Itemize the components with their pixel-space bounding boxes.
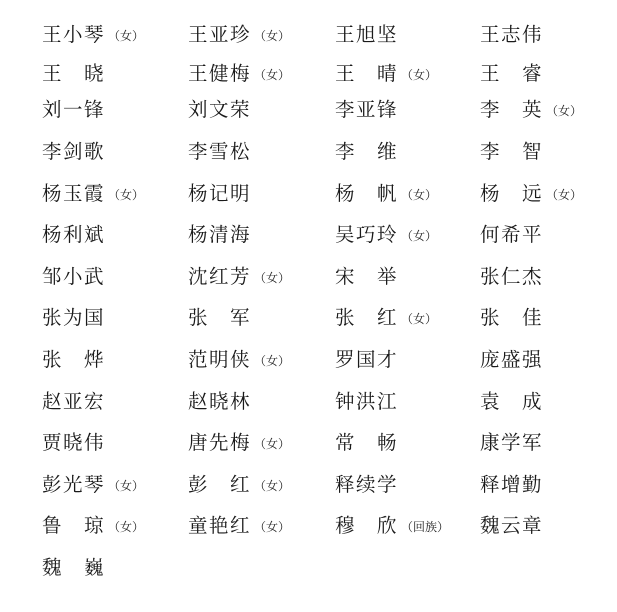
person-name: 常 畅 xyxy=(335,431,398,454)
person-name: 何希平 xyxy=(480,223,543,246)
name-entry: 范明侠（女） xyxy=(188,346,290,374)
person-name: 张 佳 xyxy=(480,306,543,329)
name-row: 王 晓王健梅（女）王 晴（女）王 睿 xyxy=(0,60,617,88)
name-entry: 魏 巍 xyxy=(42,554,105,582)
name-entry: 李亚锋 xyxy=(335,96,398,124)
person-note: （女） xyxy=(108,188,144,202)
name-entry: 魏云章 xyxy=(480,512,543,540)
name-entry: 吴巧玲（女） xyxy=(335,221,437,249)
person-name: 王小琴 xyxy=(42,23,105,46)
person-name: 杨记明 xyxy=(188,182,251,205)
name-entry: 穆 欣（回族） xyxy=(335,512,449,540)
person-note: （女） xyxy=(254,68,290,82)
person-name: 吴巧玲 xyxy=(335,223,398,246)
name-row: 贾晓伟唐先梅（女）常 畅康学军 xyxy=(0,429,617,457)
name-entry: 王亚珍（女） xyxy=(188,21,290,49)
person-name: 李 英 xyxy=(480,98,543,121)
person-name: 穆 欣 xyxy=(335,514,398,537)
person-name: 彭光琴 xyxy=(42,473,105,496)
person-name: 刘一锋 xyxy=(42,98,105,121)
name-entry: 释增勤 xyxy=(480,471,543,499)
person-name: 杨 远 xyxy=(480,182,543,205)
person-name: 王志伟 xyxy=(480,23,543,46)
person-name: 张 军 xyxy=(188,306,251,329)
person-note: （女） xyxy=(254,29,290,43)
person-name: 邹小武 xyxy=(42,265,105,288)
person-note: （女） xyxy=(401,68,437,82)
name-entry: 张仁杰 xyxy=(480,263,543,291)
person-note: （女） xyxy=(546,104,582,118)
name-entry: 王小琴（女） xyxy=(42,21,144,49)
person-name: 赵晓林 xyxy=(188,390,251,413)
person-name: 李雪松 xyxy=(188,140,251,163)
person-name: 李亚锋 xyxy=(335,98,398,121)
person-name: 杨玉霞 xyxy=(42,182,105,205)
person-name: 释增勤 xyxy=(480,473,543,496)
name-entry: 赵晓林 xyxy=(188,388,251,416)
name-entry: 常 畅 xyxy=(335,429,398,457)
name-entry: 杨清海 xyxy=(188,221,251,249)
name-entry: 邹小武 xyxy=(42,263,105,291)
person-note: （女） xyxy=(401,188,437,202)
name-row: 王小琴（女）王亚珍（女）王旭坚王志伟 xyxy=(0,21,617,49)
name-entry: 李剑歌 xyxy=(42,138,105,166)
name-entry: 罗国才 xyxy=(335,346,398,374)
person-name: 罗国才 xyxy=(335,348,398,371)
person-name: 王 晓 xyxy=(42,62,105,85)
person-name: 贾晓伟 xyxy=(42,431,105,454)
name-entry: 彭 红（女） xyxy=(188,471,290,499)
name-entry: 李 智 xyxy=(480,138,543,166)
person-name: 张为国 xyxy=(42,306,105,329)
person-name: 沈红芳 xyxy=(188,265,251,288)
name-list: 王小琴（女）王亚珍（女）王旭坚王志伟王 晓王健梅（女）王 晴（女）王 睿刘一锋刘… xyxy=(0,0,617,612)
name-entry: 王志伟 xyxy=(480,21,543,49)
name-entry: 鲁 琼（女） xyxy=(42,512,144,540)
person-note: （女） xyxy=(401,312,437,326)
name-row: 李剑歌李雪松李 维李 智 xyxy=(0,138,617,166)
person-note: （回族） xyxy=(401,520,449,534)
person-name: 袁 成 xyxy=(480,390,543,413)
person-name: 李剑歌 xyxy=(42,140,105,163)
name-entry: 赵亚宏 xyxy=(42,388,105,416)
name-entry: 王旭坚 xyxy=(335,21,398,49)
name-row: 张为国张 军张 红（女）张 佳 xyxy=(0,304,617,332)
name-row: 邹小武沈红芳（女）宋 举张仁杰 xyxy=(0,263,617,291)
person-name: 李 维 xyxy=(335,140,398,163)
person-name: 杨清海 xyxy=(188,223,251,246)
person-note: （女） xyxy=(254,354,290,368)
name-entry: 杨玉霞（女） xyxy=(42,180,144,208)
person-name: 鲁 琼 xyxy=(42,514,105,537)
name-row: 杨玉霞（女）杨记明杨 帆（女）杨 远（女） xyxy=(0,180,617,208)
name-entry: 刘文荣 xyxy=(188,96,251,124)
name-entry: 释续学 xyxy=(335,471,398,499)
name-entry: 李 维 xyxy=(335,138,398,166)
name-row: 魏 巍 xyxy=(0,554,617,582)
name-entry: 童艳红（女） xyxy=(188,512,290,540)
person-note: （女） xyxy=(108,479,144,493)
name-row: 彭光琴（女）彭 红（女）释续学释增勤 xyxy=(0,471,617,499)
person-name: 康学军 xyxy=(480,431,543,454)
name-entry: 张 红（女） xyxy=(335,304,437,332)
person-name: 王健梅 xyxy=(188,62,251,85)
name-entry: 张 佳 xyxy=(480,304,543,332)
name-entry: 王 睿 xyxy=(480,60,543,88)
person-note: （女） xyxy=(254,479,290,493)
person-name: 李 智 xyxy=(480,140,543,163)
name-entry: 张 军 xyxy=(188,304,251,332)
name-entry: 李雪松 xyxy=(188,138,251,166)
name-row: 赵亚宏赵晓林钟洪江袁 成 xyxy=(0,388,617,416)
name-entry: 张 烨 xyxy=(42,346,105,374)
name-row: 鲁 琼（女）童艳红（女）穆 欣（回族）魏云章 xyxy=(0,512,617,540)
person-name: 杨 帆 xyxy=(335,182,398,205)
person-name: 宋 举 xyxy=(335,265,398,288)
name-entry: 张为国 xyxy=(42,304,105,332)
person-name: 范明侠 xyxy=(188,348,251,371)
name-entry: 康学军 xyxy=(480,429,543,457)
person-name: 魏 巍 xyxy=(42,556,105,579)
person-name: 魏云章 xyxy=(480,514,543,537)
person-name: 童艳红 xyxy=(188,514,251,537)
person-note: （女） xyxy=(254,520,290,534)
person-name: 唐先梅 xyxy=(188,431,251,454)
name-entry: 宋 举 xyxy=(335,263,398,291)
person-note: （女） xyxy=(401,229,437,243)
name-entry: 何希平 xyxy=(480,221,543,249)
person-name: 钟洪江 xyxy=(335,390,398,413)
name-entry: 庞盛强 xyxy=(480,346,543,374)
name-entry: 唐先梅（女） xyxy=(188,429,290,457)
person-name: 赵亚宏 xyxy=(42,390,105,413)
person-note: （女） xyxy=(108,520,144,534)
name-entry: 李 英（女） xyxy=(480,96,582,124)
name-entry: 杨 远（女） xyxy=(480,180,582,208)
name-entry: 杨记明 xyxy=(188,180,251,208)
name-entry: 王健梅（女） xyxy=(188,60,290,88)
person-name: 张 红 xyxy=(335,306,398,329)
name-entry: 王 晓 xyxy=(42,60,105,88)
name-entry: 沈红芳（女） xyxy=(188,263,290,291)
name-entry: 贾晓伟 xyxy=(42,429,105,457)
name-entry: 杨 帆（女） xyxy=(335,180,437,208)
person-name: 庞盛强 xyxy=(480,348,543,371)
name-row: 刘一锋刘文荣李亚锋李 英（女） xyxy=(0,96,617,124)
name-row: 张 烨范明侠（女）罗国才庞盛强 xyxy=(0,346,617,374)
person-name: 杨利斌 xyxy=(42,223,105,246)
person-name: 刘文荣 xyxy=(188,98,251,121)
person-name: 王 睿 xyxy=(480,62,543,85)
name-entry: 刘一锋 xyxy=(42,96,105,124)
name-row: 杨利斌杨清海吴巧玲（女）何希平 xyxy=(0,221,617,249)
person-note: （女） xyxy=(546,188,582,202)
person-name: 彭 红 xyxy=(188,473,251,496)
name-entry: 袁 成 xyxy=(480,388,543,416)
person-name: 张 烨 xyxy=(42,348,105,371)
person-note: （女） xyxy=(254,271,290,285)
person-note: （女） xyxy=(108,29,144,43)
name-entry: 杨利斌 xyxy=(42,221,105,249)
name-entry: 钟洪江 xyxy=(335,388,398,416)
person-note: （女） xyxy=(254,437,290,451)
person-name: 释续学 xyxy=(335,473,398,496)
person-name: 王旭坚 xyxy=(335,23,398,46)
person-name: 王 晴 xyxy=(335,62,398,85)
name-entry: 彭光琴（女） xyxy=(42,471,144,499)
name-entry: 王 晴（女） xyxy=(335,60,437,88)
person-name: 王亚珍 xyxy=(188,23,251,46)
person-name: 张仁杰 xyxy=(480,265,543,288)
